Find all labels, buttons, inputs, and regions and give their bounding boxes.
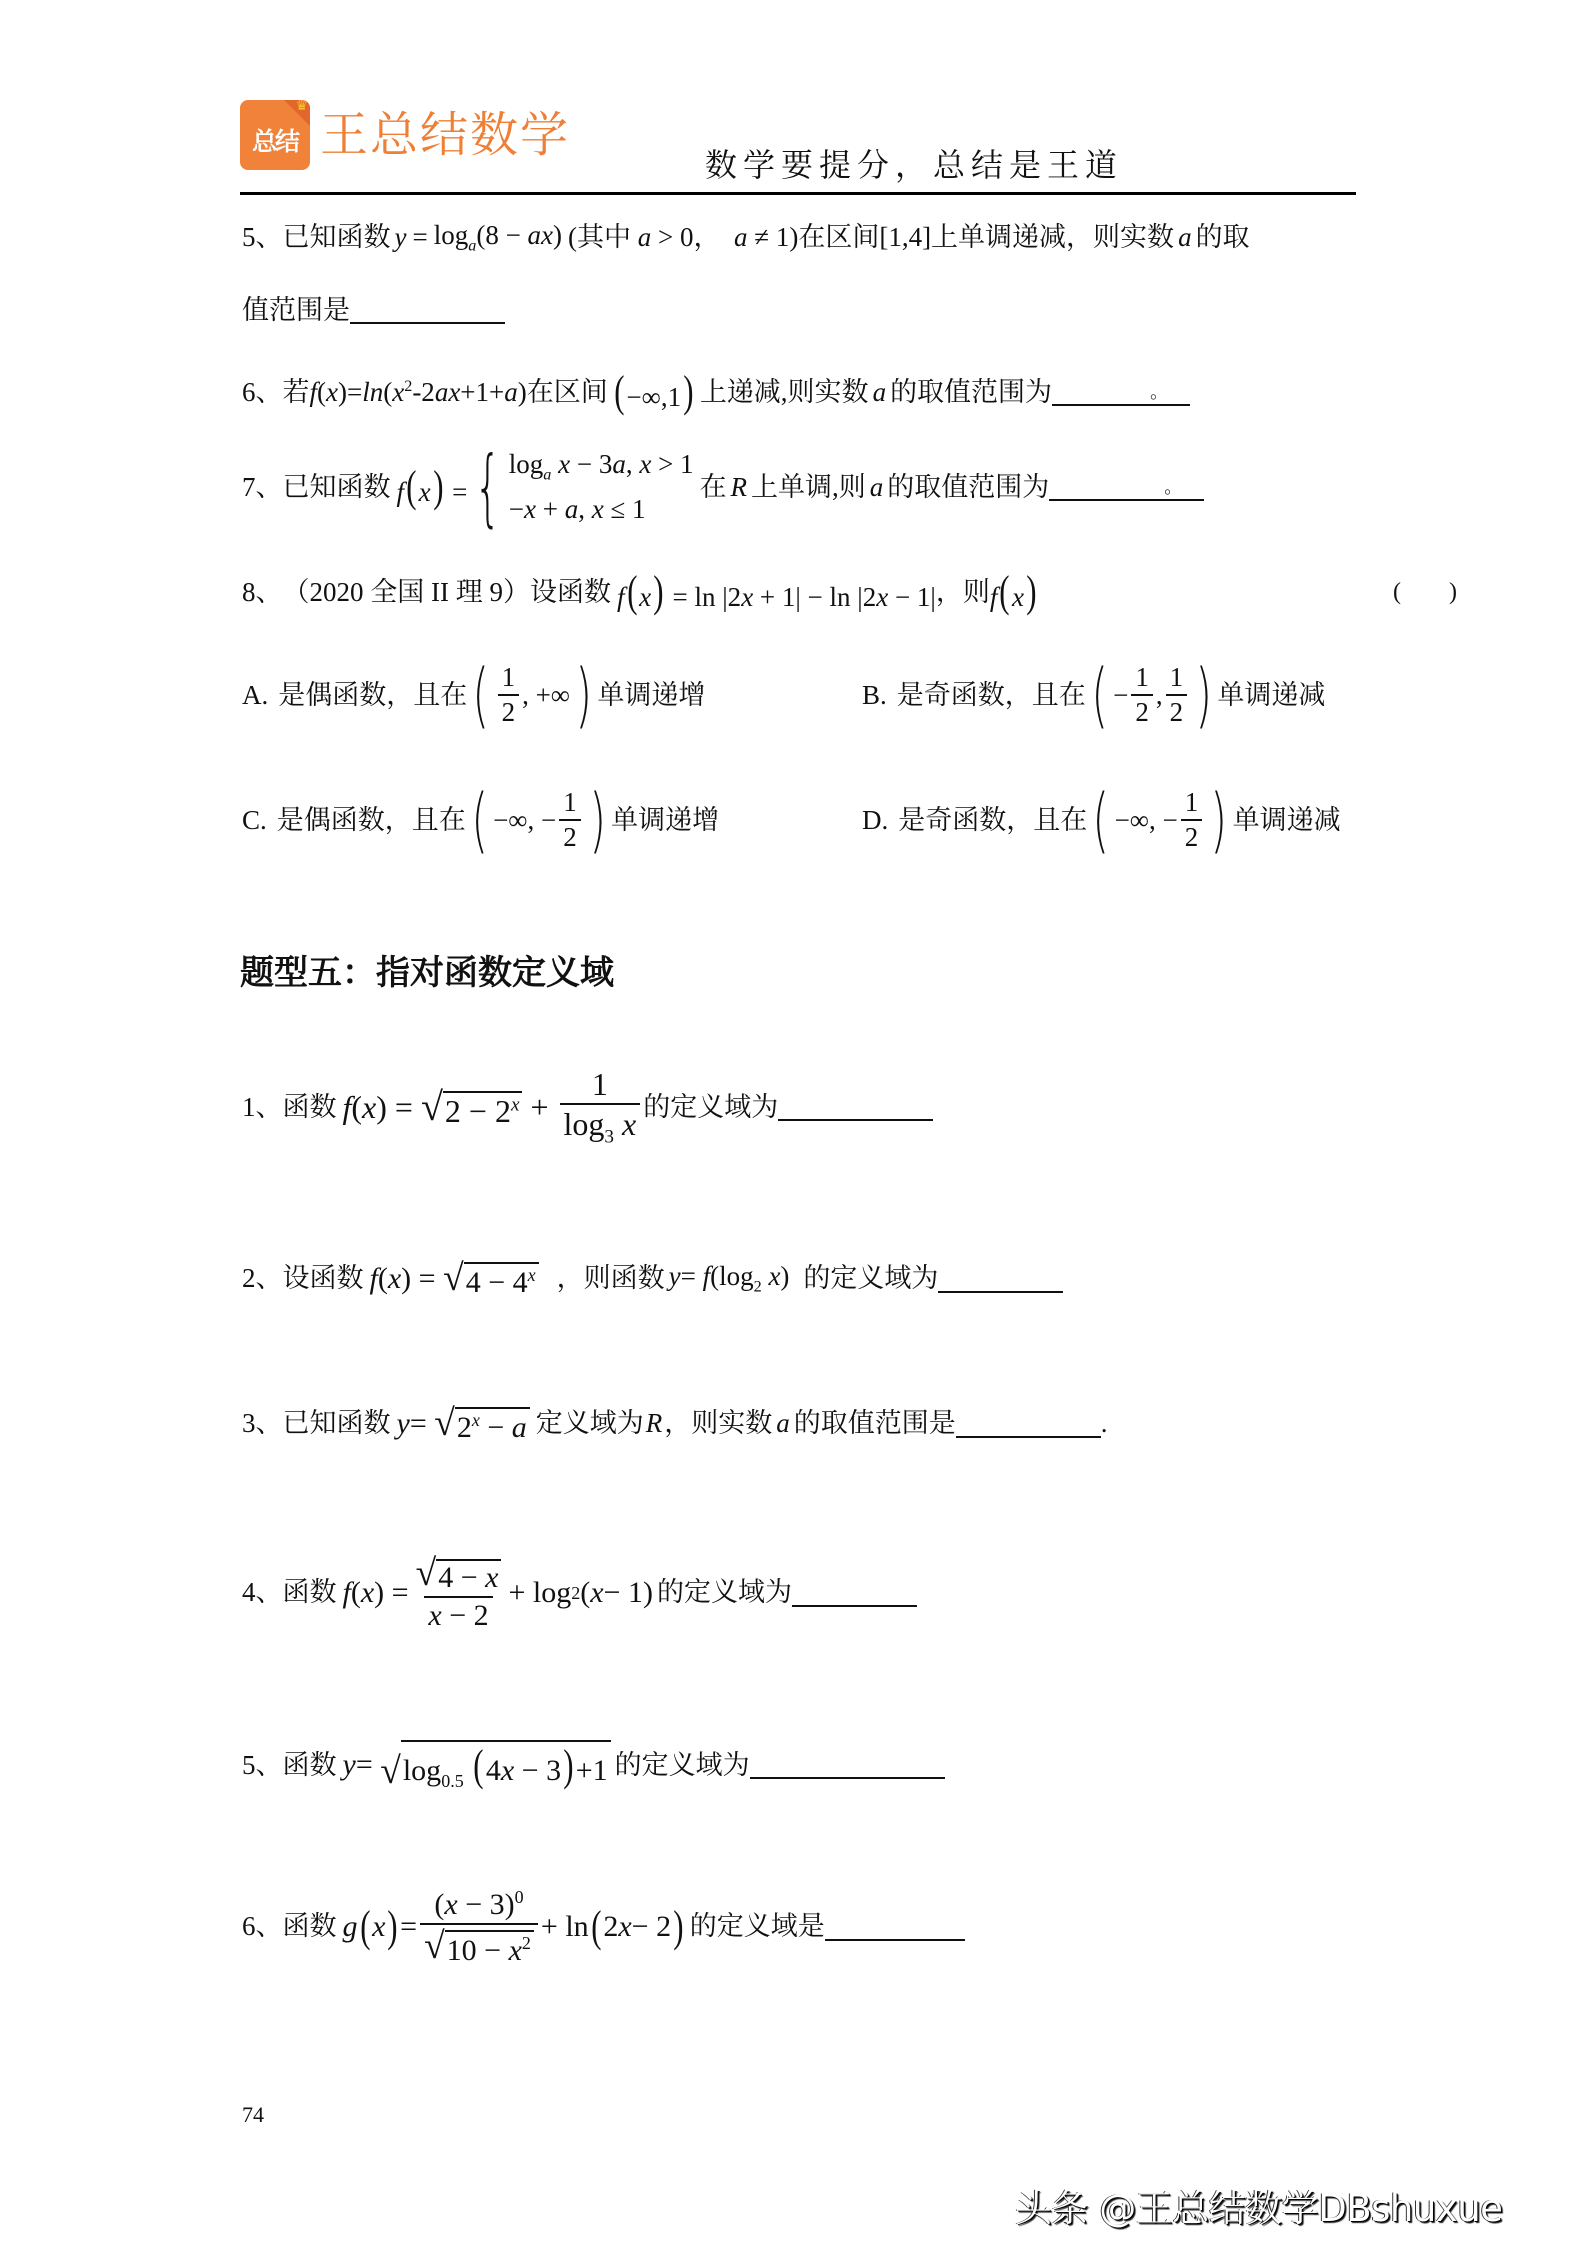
- question-text: 函数: [283, 1579, 337, 1606]
- formula: −∞, −: [493, 807, 556, 834]
- domain-question-2: 2、 设函数 f(x) = √4 − 4x ，则函数 y= f(log2 x) …: [242, 1260, 1063, 1298]
- option-text: 是偶函数，且在: [278, 682, 467, 709]
- question-text: 的定义域为: [615, 1752, 750, 1779]
- question-text: 设函数: [283, 1265, 364, 1292]
- formula: f(x) = √4 − 4x: [370, 1260, 539, 1298]
- option-text: 是奇函数，且在: [898, 807, 1087, 834]
- formula: −: [1113, 682, 1128, 709]
- option-suffix: 单调递增: [597, 682, 705, 709]
- option-text: 是奇函数，且在: [897, 682, 1086, 709]
- option-label: C.: [242, 807, 267, 834]
- option-label: B.: [862, 682, 887, 709]
- question-text: 值范围是: [242, 297, 350, 324]
- paren: (: [473, 660, 489, 730]
- question-number: 3、: [242, 1410, 283, 1437]
- formula: =: [412, 224, 427, 251]
- question-text: ，则函数: [557, 1265, 665, 1292]
- question-number: 5、: [242, 224, 283, 251]
- case-2: −x + a, x ≤ 1: [509, 496, 694, 523]
- period: .: [1101, 1410, 1108, 1437]
- fraction: 12: [498, 664, 520, 726]
- formula: loga(8 − ax): [434, 222, 562, 254]
- brand-logo-badge: ♛ 总结: [240, 100, 310, 170]
- fraction: 12: [1181, 789, 1203, 851]
- domain-question-3: 3、 已知函数 y = √2x − a 定义域为 R ，则实数 a 的取值范围是…: [242, 1405, 1108, 1443]
- formula: y = √log0.5 (4x − 3)+1: [343, 1740, 611, 1790]
- question-8: 8、 （2020 全国 II 理 9） 设函数 f(x) = ln |2x + …: [242, 570, 1039, 614]
- paren: ): [1196, 660, 1212, 730]
- answer-blank[interactable]: [350, 296, 505, 324]
- option-suffix: 单调递减: [1217, 682, 1325, 709]
- formula: f(x) = ln |2x + 1| − ln |2x − 1|: [617, 570, 936, 614]
- question-text: 上递减,则实数: [700, 379, 869, 406]
- domain-question-5: 5、 函数 y = √log0.5 (4x − 3)+1 的定义域为: [242, 1740, 945, 1790]
- question-text: 在区间[1,4]上单调递减，则实数: [798, 224, 1174, 251]
- question-7: 7、 已知函数 f(x) = { loga x − 3a, x > 1 −x +…: [242, 445, 1182, 529]
- domain-question-4: 4、 函数 f(x) = √4 − xx − 2 + log2(x − 1) 的…: [242, 1555, 917, 1631]
- question-number: 2、: [242, 1265, 283, 1292]
- crown-icon: ♛: [295, 100, 308, 114]
- fraction: 12: [1166, 664, 1188, 726]
- answer-paren[interactable]: ( ): [1393, 580, 1457, 604]
- set-R: R: [646, 1410, 663, 1437]
- option-suffix: 单调递减: [1233, 807, 1341, 834]
- question-5-line2: 值范围是: [242, 296, 505, 324]
- question-text: 的定义域是: [690, 1913, 825, 1940]
- question-number: 6、: [242, 1913, 283, 1940]
- question-6: 6、 若 f(x)=ln(x2-2ax+1+a) 在区间 (−∞,1) 上递减,…: [242, 370, 1168, 414]
- question-text: 定义域为: [536, 1410, 644, 1437]
- formula: y: [395, 224, 407, 251]
- question-number: 6、: [242, 379, 283, 406]
- page-number: 74: [242, 2102, 264, 2128]
- variable: a: [873, 379, 887, 406]
- interval: (−∞,1): [612, 370, 696, 414]
- question-number: 4、: [242, 1579, 283, 1606]
- question-text: 的取值范围为: [890, 379, 1052, 406]
- question-number: 8、: [242, 579, 283, 606]
- variable: a: [870, 474, 884, 501]
- question-text: 在: [700, 474, 727, 501]
- formula: y= f(log2 x): [669, 1263, 790, 1295]
- answer-blank[interactable]: [778, 1093, 933, 1121]
- question-text: 函数: [283, 1752, 337, 1779]
- option-text: 是偶函数，且在: [277, 807, 466, 834]
- option-label: A.: [242, 682, 268, 709]
- question-text: 在区间: [527, 379, 608, 406]
- question-number: 1、: [242, 1094, 283, 1121]
- formula: −∞, −: [1115, 807, 1178, 834]
- option-label: D.: [862, 807, 888, 834]
- case-1: loga x − 3a, x > 1: [509, 451, 694, 483]
- answer-blank[interactable]: [956, 1410, 1101, 1438]
- question-text: 已知函数: [283, 224, 391, 251]
- fraction: 12: [1131, 664, 1153, 726]
- option-b[interactable]: B. 是奇函数，且在 ( − 12 , 12 ) 单调递减: [862, 660, 1325, 730]
- question-text: 设函数: [530, 579, 611, 606]
- set-R: R: [731, 474, 748, 501]
- formula: f(x) = √4 − xx − 2 + log2(x − 1): [343, 1555, 653, 1631]
- section-title: 题型五：指对函数定义域: [240, 945, 614, 994]
- option-a[interactable]: A. 是偶函数，且在 ( 12 , +∞ ) 单调递增: [242, 660, 705, 730]
- paren: (: [1093, 785, 1109, 855]
- watermark: 头条 @王总结数学DBshuxue: [1015, 2178, 1502, 2232]
- question-text: ，则: [936, 579, 990, 606]
- question-text: 的取值范围为: [887, 474, 1049, 501]
- variable: a: [1178, 224, 1192, 251]
- header-tagline: 数学要提分，总结是王道: [705, 140, 1123, 186]
- question-text: 函数: [283, 1913, 337, 1940]
- question-text: ，则实数: [664, 1410, 772, 1437]
- question-text: 的取: [1196, 224, 1250, 251]
- question-text: 函数: [283, 1094, 337, 1121]
- variable: a: [776, 1410, 790, 1437]
- question-text: 的定义域为: [657, 1579, 792, 1606]
- option-c[interactable]: C. 是偶函数，且在 ( −∞, − 12 ) 单调递增: [242, 785, 719, 855]
- domain-question-1: 1、 函数 f(x) = √2 − 2x + 1log3 x 的定义域为: [242, 1068, 933, 1147]
- question-5: 5、 已知函数 y = loga(8 − ax) (其中 a > 0， a ≠ …: [242, 222, 1250, 254]
- question-text: 若: [283, 379, 310, 406]
- question-source: （2020 全国 II 理 9）: [283, 579, 530, 606]
- option-suffix: 单调递增: [611, 807, 719, 834]
- formula: f(x) = √2 − 2x + 1log3 x: [343, 1068, 644, 1147]
- piecewise-cases: loga x − 3a, x > 1 −x + a, x ≤ 1: [509, 451, 694, 524]
- formula: ,: [1156, 682, 1163, 709]
- option-d[interactable]: D. 是奇函数，且在 ( −∞, − 12 ) 单调递减: [862, 785, 1341, 855]
- formula: f(x)=ln(x2-2ax+1+a): [310, 378, 527, 406]
- paren: ): [1211, 785, 1227, 855]
- paren: ): [589, 785, 605, 855]
- logo-badge-text: 总结: [240, 122, 310, 158]
- paren: (: [1091, 660, 1107, 730]
- header-divider: [240, 192, 1356, 195]
- brand-name: 王总结数学: [320, 103, 570, 167]
- answer-blank[interactable]: [825, 1913, 965, 1941]
- formula: f(x) =: [397, 465, 468, 509]
- answer-blank[interactable]: [938, 1265, 1063, 1293]
- fraction: 12: [559, 789, 581, 851]
- formula: , +∞: [522, 682, 570, 709]
- question-number: 7、: [242, 474, 283, 501]
- question-text: 已知函数: [283, 474, 391, 501]
- period: 。: [1164, 478, 1182, 496]
- answer-blank[interactable]: [792, 1579, 917, 1607]
- formula: g(x) = (x − 3)0√10 − x2 + ln(2x − 2): [343, 1888, 686, 1966]
- question-text: 上单调,则: [751, 474, 866, 501]
- question-text: 已知函数: [283, 1410, 391, 1437]
- brace: {: [475, 445, 502, 529]
- formula: f(x): [990, 570, 1039, 614]
- question-text: 的取值范围是: [794, 1410, 956, 1437]
- question-text: 的定义域为: [803, 1265, 938, 1292]
- question-number: 5、: [242, 1752, 283, 1779]
- domain-question-6: 6、 函数 g(x) = (x − 3)0√10 − x2 + ln(2x − …: [242, 1888, 965, 1966]
- paren: (: [471, 785, 487, 855]
- formula: y = √2x − a: [397, 1405, 530, 1443]
- answer-blank[interactable]: [750, 1751, 945, 1779]
- question-text: 的定义域为: [643, 1094, 778, 1121]
- answer-blank[interactable]: [1052, 378, 1190, 406]
- paren: ): [576, 660, 592, 730]
- period: 。: [1150, 383, 1168, 401]
- answer-choice-slot[interactable]: ( ): [1393, 580, 1457, 604]
- condition: (其中 a > 0， a ≠ 1): [568, 224, 798, 251]
